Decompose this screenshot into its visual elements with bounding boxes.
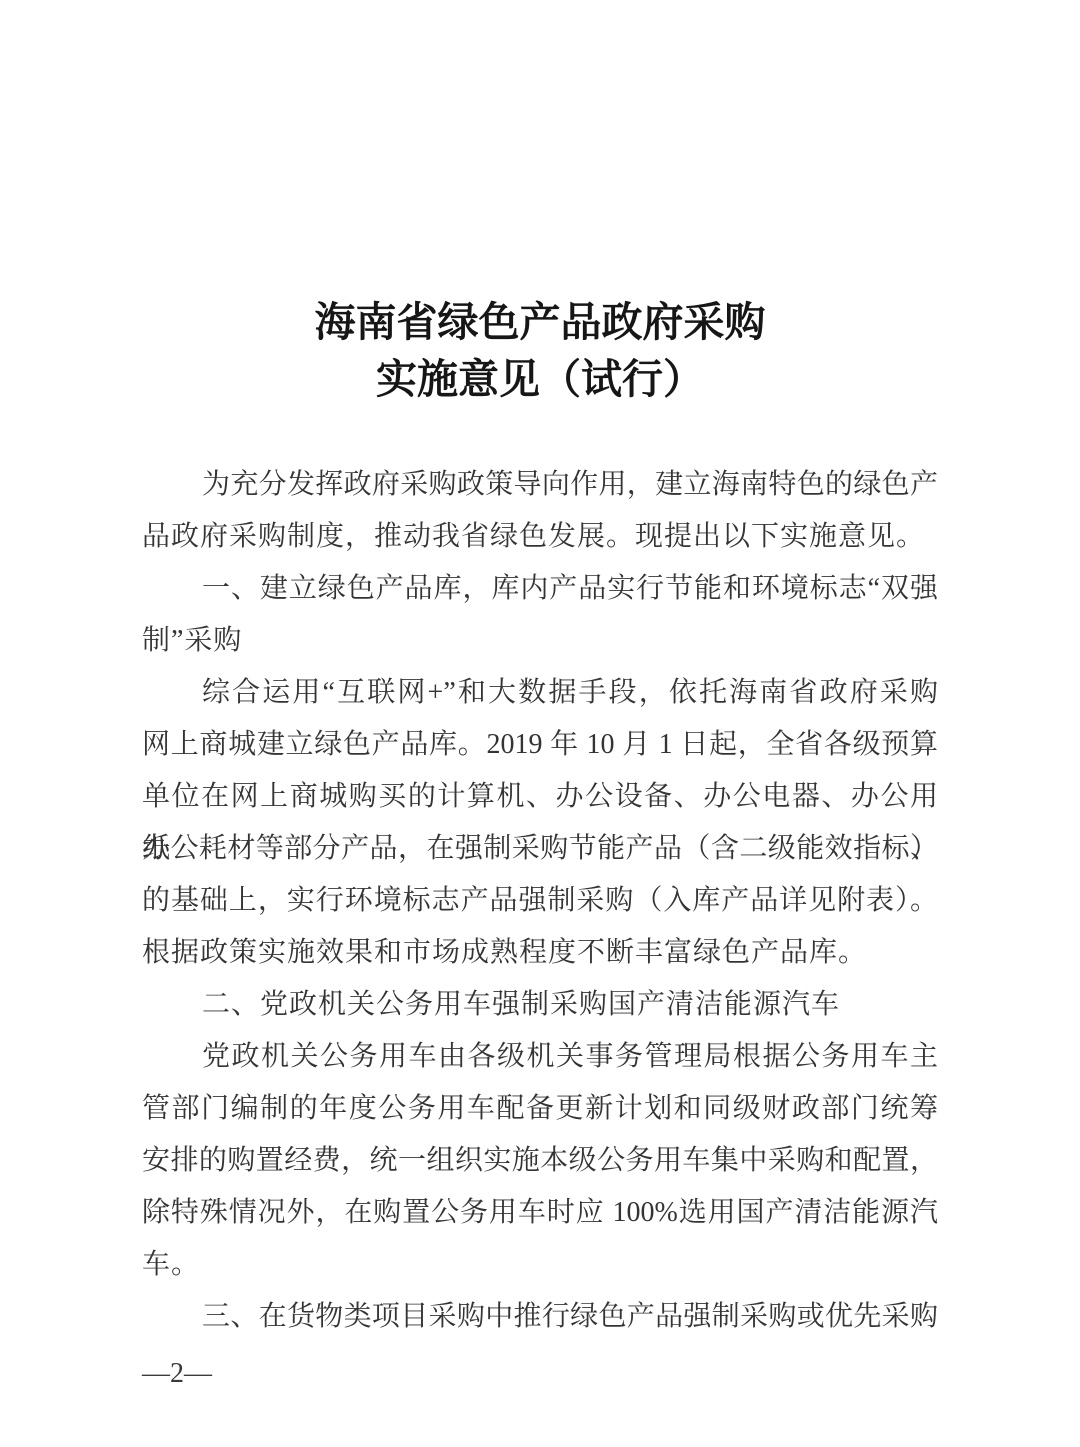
document-page: 海南省绿色产品政府采购 实施意见（试行） 为充分发挥政府采购政策导向作用，建立海…: [0, 0, 1080, 1447]
body-line: 二、党政机关公务用车强制采购国产清洁能源汽车: [142, 979, 938, 1031]
body-line: 除特殊情况外，在购置公务用车时应 100%选用国产清洁能源汽: [142, 1187, 938, 1239]
page-number: —2—: [142, 1356, 212, 1392]
body-line: 三、在货物类项目采购中推行绿色产品强制采购或优先采购: [142, 1291, 938, 1343]
document-title-line-1: 海南省绿色产品政府采购: [0, 294, 1080, 351]
body-line: 制”采购: [142, 615, 938, 667]
body-line: 综合运用“互联网+”和大数据手段，依托海南省政府采购: [142, 667, 938, 719]
body-line: 网上商城建立绿色产品库。2019 年 10 月 1 日起，全省各级预算: [142, 719, 938, 771]
document-title-line-2: 实施意见（试行）: [0, 351, 1080, 408]
body-line: 为充分发挥政府采购政策导向作用，建立海南特色的绿色产: [142, 459, 938, 511]
body-line: 的基础上，实行环境标志产品强制采购（入库产品详见附表）。: [142, 875, 938, 927]
body-line: 安排的购置经费，统一组织实施本级公务用车集中采购和配置，: [142, 1135, 938, 1187]
body-line: 根据政策实施效果和市场成熟程度不断丰富绿色产品库。: [142, 927, 938, 979]
body-line: 单位在网上商城购买的计算机、办公设备、办公电器、办公用纸、: [142, 771, 938, 823]
body-line: 一、建立绿色产品库，库内产品实行节能和环境标志“双强: [142, 563, 938, 615]
body-line: 办公耗材等部分产品，在强制采购节能产品（含二级能效指标）: [142, 823, 938, 875]
body-line: 车。: [142, 1239, 938, 1291]
body-line: 管部门编制的年度公务用车配备更新计划和同级财政部门统筹: [142, 1083, 938, 1135]
document-body: 为充分发挥政府采购政策导向作用，建立海南特色的绿色产品政府采购制度，推动我省绿色…: [142, 459, 938, 1343]
body-line: 党政机关公务用车由各级机关事务管理局根据公务用车主: [142, 1031, 938, 1083]
document-title: 海南省绿色产品政府采购 实施意见（试行）: [0, 294, 1080, 408]
body-line: 品政府采购制度，推动我省绿色发展。现提出以下实施意见。: [142, 511, 938, 563]
